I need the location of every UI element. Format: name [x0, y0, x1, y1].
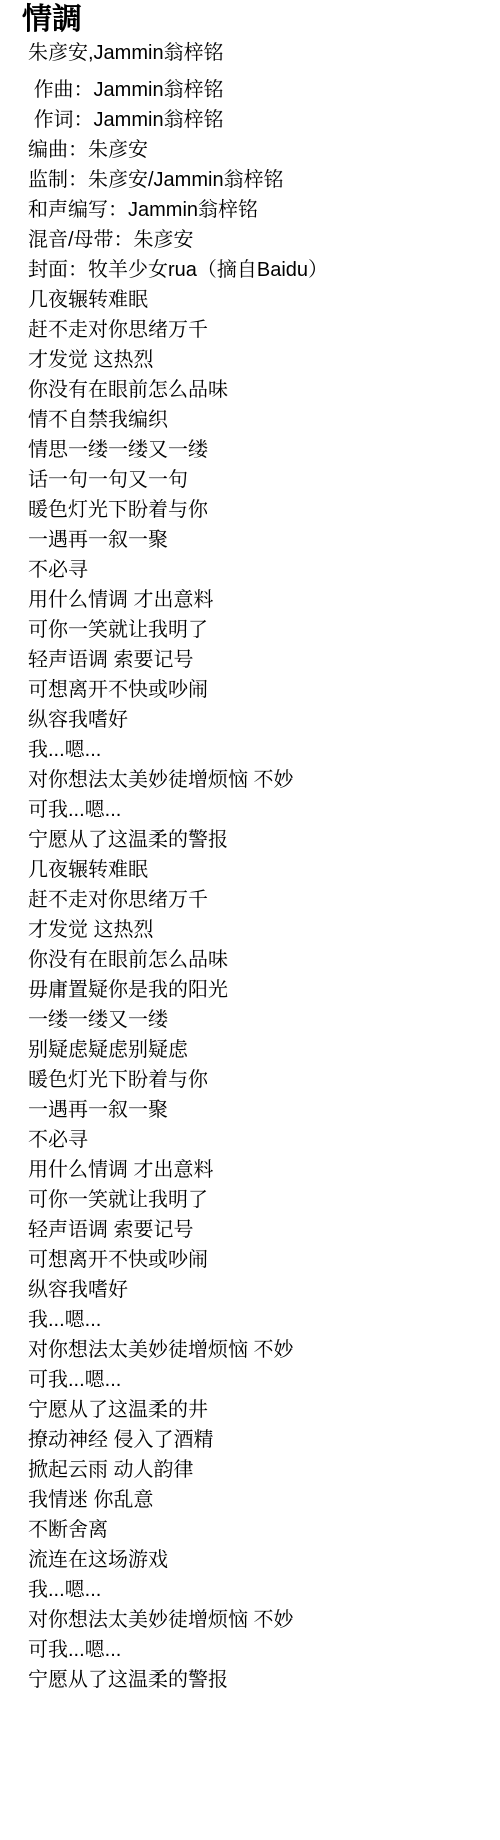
lyric-line: 宁愿从了这温柔的警报	[28, 1665, 490, 1695]
artist-line: 朱彦安,Jammin翁梓铭	[28, 38, 490, 68]
credits-list: 作曲：Jammin翁梓铭 作词：Jammin翁梓铭编曲：朱彦安监制：朱彦安/Ja…	[28, 75, 490, 285]
lyric-line: 可你一笑就让我明了	[28, 615, 490, 645]
credit-line: 封面：牧羊少女rua（摘自Baidu）	[28, 255, 490, 285]
lyric-line: 我...嗯...	[28, 735, 490, 765]
lyric-line: 我...嗯...	[28, 1575, 490, 1605]
lyric-line: 可想离开不快或吵闹	[28, 1245, 490, 1275]
credits-and-lyrics: 作曲：Jammin翁梓铭 作词：Jammin翁梓铭编曲：朱彦安监制：朱彦安/Ja…	[28, 75, 490, 1695]
lyric-line: 纵容我嗜好	[28, 705, 490, 735]
lyric-line: 我...嗯...	[28, 1305, 490, 1335]
lyric-line: 一遇再一叙一聚	[28, 1095, 490, 1125]
lyric-line: 掀起云雨 动人韵律	[28, 1455, 490, 1485]
lyric-line: 用什么情调 才出意料	[28, 1155, 490, 1185]
lyrics-page: 情調 朱彦安,Jammin翁梓铭 作曲：Jammin翁梓铭 作词：Jammin翁…	[0, 0, 500, 1840]
lyric-line: 情不自禁我编织	[28, 405, 490, 435]
credit-line: 作词：Jammin翁梓铭	[28, 105, 490, 135]
song-title: 情調	[22, 2, 490, 38]
lyric-line: 暖色灯光下盼着与你	[28, 495, 490, 525]
lyric-line: 别疑虑疑虑别疑虑	[28, 1035, 490, 1065]
lyric-line: 用什么情调 才出意料	[28, 585, 490, 615]
lyric-line: 赶不走对你思绪万千	[28, 315, 490, 345]
lyric-line: 几夜辗转难眠	[28, 855, 490, 885]
credit-line: 和声编写：Jammin翁梓铭	[28, 195, 490, 225]
lyric-line: 可你一笑就让我明了	[28, 1185, 490, 1215]
lyrics-list: 几夜辗转难眠赶不走对你思绪万千才发觉 这热烈你没有在眼前怎么品味情不自禁我编织情…	[28, 285, 490, 1695]
lyric-line: 可我...嗯...	[28, 1365, 490, 1395]
lyric-line: 可想离开不快或吵闹	[28, 675, 490, 705]
credit-line: 编曲：朱彦安	[28, 135, 490, 165]
lyric-line: 对你想法太美妙徒增烦恼 不妙	[28, 1335, 490, 1365]
lyric-line: 一缕一缕又一缕	[28, 1005, 490, 1035]
lyric-line: 宁愿从了这温柔的井	[28, 1395, 490, 1425]
lyric-line: 话一句一句又一句	[28, 465, 490, 495]
lyric-line: 不必寻	[28, 1125, 490, 1155]
lyric-line: 你没有在眼前怎么品味	[28, 945, 490, 975]
lyric-line: 不必寻	[28, 555, 490, 585]
lyric-line: 纵容我嗜好	[28, 1275, 490, 1305]
lyric-line: 对你想法太美妙徒增烦恼 不妙	[28, 1605, 490, 1635]
lyric-line: 你没有在眼前怎么品味	[28, 375, 490, 405]
lyric-line: 可我...嗯...	[28, 1635, 490, 1665]
lyric-line: 宁愿从了这温柔的警报	[28, 825, 490, 855]
lyric-line: 可我...嗯...	[28, 795, 490, 825]
lyric-line: 对你想法太美妙徒增烦恼 不妙	[28, 765, 490, 795]
lyric-line: 毋庸置疑你是我的阳光	[28, 975, 490, 1005]
lyric-line: 赶不走对你思绪万千	[28, 885, 490, 915]
lyric-line: 流连在这场游戏	[28, 1545, 490, 1575]
credit-line: 监制：朱彦安/Jammin翁梓铭	[28, 165, 490, 195]
lyric-line: 一遇再一叙一聚	[28, 525, 490, 555]
lyric-line: 轻声语调 索要记号	[28, 1215, 490, 1245]
lyric-line: 我情迷 你乱意	[28, 1485, 490, 1515]
credit-line: 混音/母带：朱彦安	[28, 225, 490, 255]
lyric-line: 不断舍离	[28, 1515, 490, 1545]
lyric-line: 情思一缕一缕又一缕	[28, 435, 490, 465]
lyric-line: 撩动神经 侵入了酒精	[28, 1425, 490, 1455]
lyric-line: 轻声语调 索要记号	[28, 645, 490, 675]
lyric-line: 才发觉 这热烈	[28, 915, 490, 945]
lyric-line: 暖色灯光下盼着与你	[28, 1065, 490, 1095]
lyric-line: 几夜辗转难眠	[28, 285, 490, 315]
credit-line: 作曲：Jammin翁梓铭	[28, 75, 490, 105]
lyric-line: 才发觉 这热烈	[28, 345, 490, 375]
